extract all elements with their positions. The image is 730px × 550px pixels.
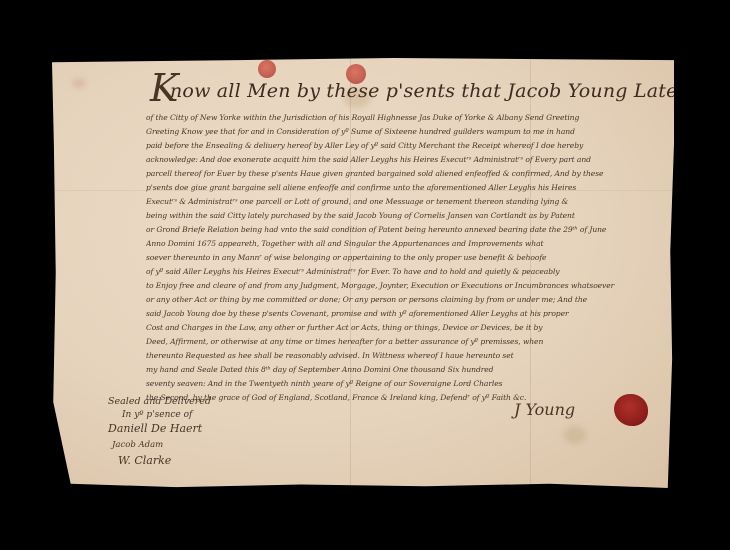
body-line: the Second, by the grace of God of Engla…: [146, 393, 662, 402]
witness-signature: Jacob Adam: [112, 440, 163, 450]
body-line: Greeting Know yee that for and in Consid…: [146, 127, 662, 136]
wax-seal-icon: [614, 394, 648, 426]
wax-seal-icon: [258, 60, 276, 78]
witness-subheading: In yº p'sence of: [122, 410, 192, 420]
body-line: Executʳˢ & Administratʳˢ one parcell or …: [146, 197, 662, 206]
body-line: parcell thereof for Euer by these p'sent…: [146, 169, 662, 178]
body-line: acknowledge: And doe exonerate acquitt h…: [146, 155, 662, 164]
witness-signature: W. Clarke: [118, 454, 171, 467]
body-line: Cost and Charges in the Law, any other o…: [146, 323, 662, 332]
body-line: p'sents doe giue grant bargaine sell ali…: [146, 183, 662, 192]
stain: [72, 78, 86, 88]
grantor-signature: J Young: [514, 400, 575, 419]
body-line: or any other Act or thing by me committe…: [146, 295, 662, 304]
witness-heading: Sealed and Delivered: [108, 396, 211, 407]
body-line: of the Citty of New Yorke within the Jur…: [146, 113, 662, 122]
body-line: to Enjoy free and cleare of and from any…: [146, 281, 662, 290]
body-line: or Grond Briefe Relation being had vnto …: [146, 225, 662, 234]
deed-parchment: K now all Men by these p'sents that Jaco…: [52, 58, 674, 488]
opening-line: now all Men by these p'sents that Jacob …: [170, 80, 703, 102]
body-line: Deed, Affirment, or otherwise at any tim…: [146, 337, 662, 346]
body-line: soever thereunto in any Mannʳ of wise be…: [146, 253, 662, 262]
body-line: Anno Domini 1675 appeareth, Together wit…: [146, 239, 662, 248]
body-line: seventy seaven: And in the Twentyeth nin…: [146, 379, 662, 388]
stain: [564, 426, 586, 444]
body-line: said Jacob Young doe by these p'sents Co…: [146, 309, 662, 318]
body-line: my hand and Seale Dated this 8ᵗʰ day of …: [146, 365, 662, 374]
body-line: being within the said Citty lately purch…: [146, 211, 662, 220]
body-line: of yº said Aller Leyghs his Heires Execu…: [146, 267, 662, 276]
body-line: thereunto Requested as hee shall be reas…: [146, 351, 662, 360]
body-line: paid before the Ensealing & deliuery her…: [146, 141, 662, 150]
witness-signature: Daniell De Haert: [108, 422, 202, 435]
